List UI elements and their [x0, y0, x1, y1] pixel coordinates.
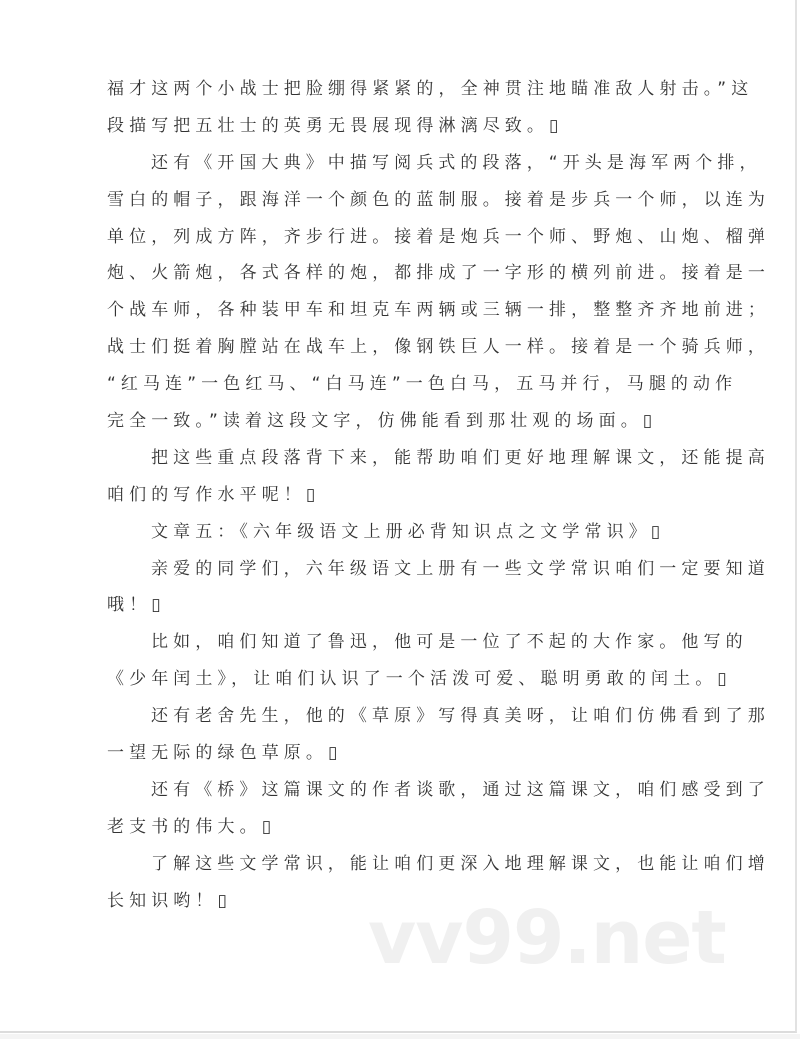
text-line: 咱们的写作水平呢！▯	[107, 477, 677, 514]
text-line: “红马连”一色红马、“白马连”一色白马，五马并行，马腿的动作	[107, 366, 677, 403]
text-line: 雪白的帽子，跟海洋一个颜色的蓝制服。接着是步兵一个师，以连为	[107, 182, 677, 219]
paragraph-p5: 亲爱的同学们，六年级语文上册有一些文学常识咱们一定要知道 哦！▯	[107, 551, 677, 625]
text-line: 一望无际的绿色草原。▯	[107, 735, 677, 772]
text-line: 战士们挺着胸膛站在战车上，像钢铁巨人一样。接着是一个骑兵师，	[107, 329, 677, 366]
text-line: 单位，列成方阵，齐步行进。接着是炮兵一个师、野炮、山炮、榴弹	[107, 219, 677, 256]
paragraph-p6: 比如，咱们知道了鲁迅，他可是一位了不起的大作家。他写的 《少年闰土》，让咱们认识…	[107, 624, 677, 698]
section-heading: 文章五：《六年级语文上册必背知识点之文学常识》▯	[107, 514, 677, 551]
text-line: 《少年闰土》，让咱们认识了一个活泼可爱、聪明勇敢的闰土。▯	[107, 661, 677, 698]
text-line: 了解这些文学常识，能让咱们更深入地理解课文，也能让咱们增	[107, 846, 677, 883]
text-line: 个战车师，各种装甲车和坦克车两辆或三辆一排，整整齐齐地前进；	[107, 292, 677, 329]
page-gap	[0, 1034, 800, 1039]
text-line: 哦！▯	[107, 587, 677, 624]
document-page: 福才这两个小战士把脸绷得紧紧的，全神贯注地瞄准敌人射击。”这 段描写把五壮士的英…	[0, 0, 797, 1033]
text-line: 还有《开国大典》中描写阅兵式的段落，“开头是海军两个排，	[107, 145, 677, 182]
text-line: 完全一致。”读着这段文字，仿佛能看到那壮观的场面。▯	[107, 403, 677, 440]
text-line: 炮、火箭炮，各式各样的炮，都排成了一字形的横列前进。接着是一	[107, 255, 677, 292]
document-body: 福才这两个小战士把脸绷得紧紧的，全神贯注地瞄准敌人射击。”这 段描写把五壮士的英…	[107, 71, 677, 919]
text-line: 亲爱的同学们，六年级语文上册有一些文学常识咱们一定要知道	[107, 551, 677, 588]
text-line: 段描写把五壮士的英勇无畏展现得淋漓尽致。▯	[107, 108, 677, 145]
paragraph-p8: 还有《桥》这篇课文的作者谈歌，通过这篇课文，咱们感受到了 老支书的伟大。▯	[107, 772, 677, 846]
text-line: 把这些重点段落背下来，能帮助咱们更好地理解课文，还能提高	[107, 440, 677, 477]
text-line: 还有老舍先生，他的《草原》写得真美呀，让咱们仿佛看到了那	[107, 698, 677, 735]
text-line: 比如，咱们知道了鲁迅，他可是一位了不起的大作家。他写的	[107, 624, 677, 661]
paragraph-p1: 福才这两个小战士把脸绷得紧紧的，全神贯注地瞄准敌人射击。”这 段描写把五壮士的英…	[107, 71, 677, 145]
text-line: 老支书的伟大。▯	[107, 809, 677, 846]
watermark: vv99.net	[368, 895, 726, 981]
paragraph-p7: 还有老舍先生，他的《草原》写得真美呀，让咱们仿佛看到了那 一望无际的绿色草原。▯	[107, 698, 677, 772]
heading-line: 文章五：《六年级语文上册必背知识点之文学常识》▯	[107, 514, 677, 551]
text-line: 还有《桥》这篇课文的作者谈歌，通过这篇课文，咱们感受到了	[107, 772, 677, 809]
paragraph-p3: 把这些重点段落背下来，能帮助咱们更好地理解课文，还能提高 咱们的写作水平呢！▯	[107, 440, 677, 514]
text-line: 福才这两个小战士把脸绷得紧紧的，全神贯注地瞄准敌人射击。”这	[107, 71, 677, 108]
paragraph-p2: 还有《开国大典》中描写阅兵式的段落，“开头是海军两个排， 雪白的帽子，跟海洋一个…	[107, 145, 677, 440]
